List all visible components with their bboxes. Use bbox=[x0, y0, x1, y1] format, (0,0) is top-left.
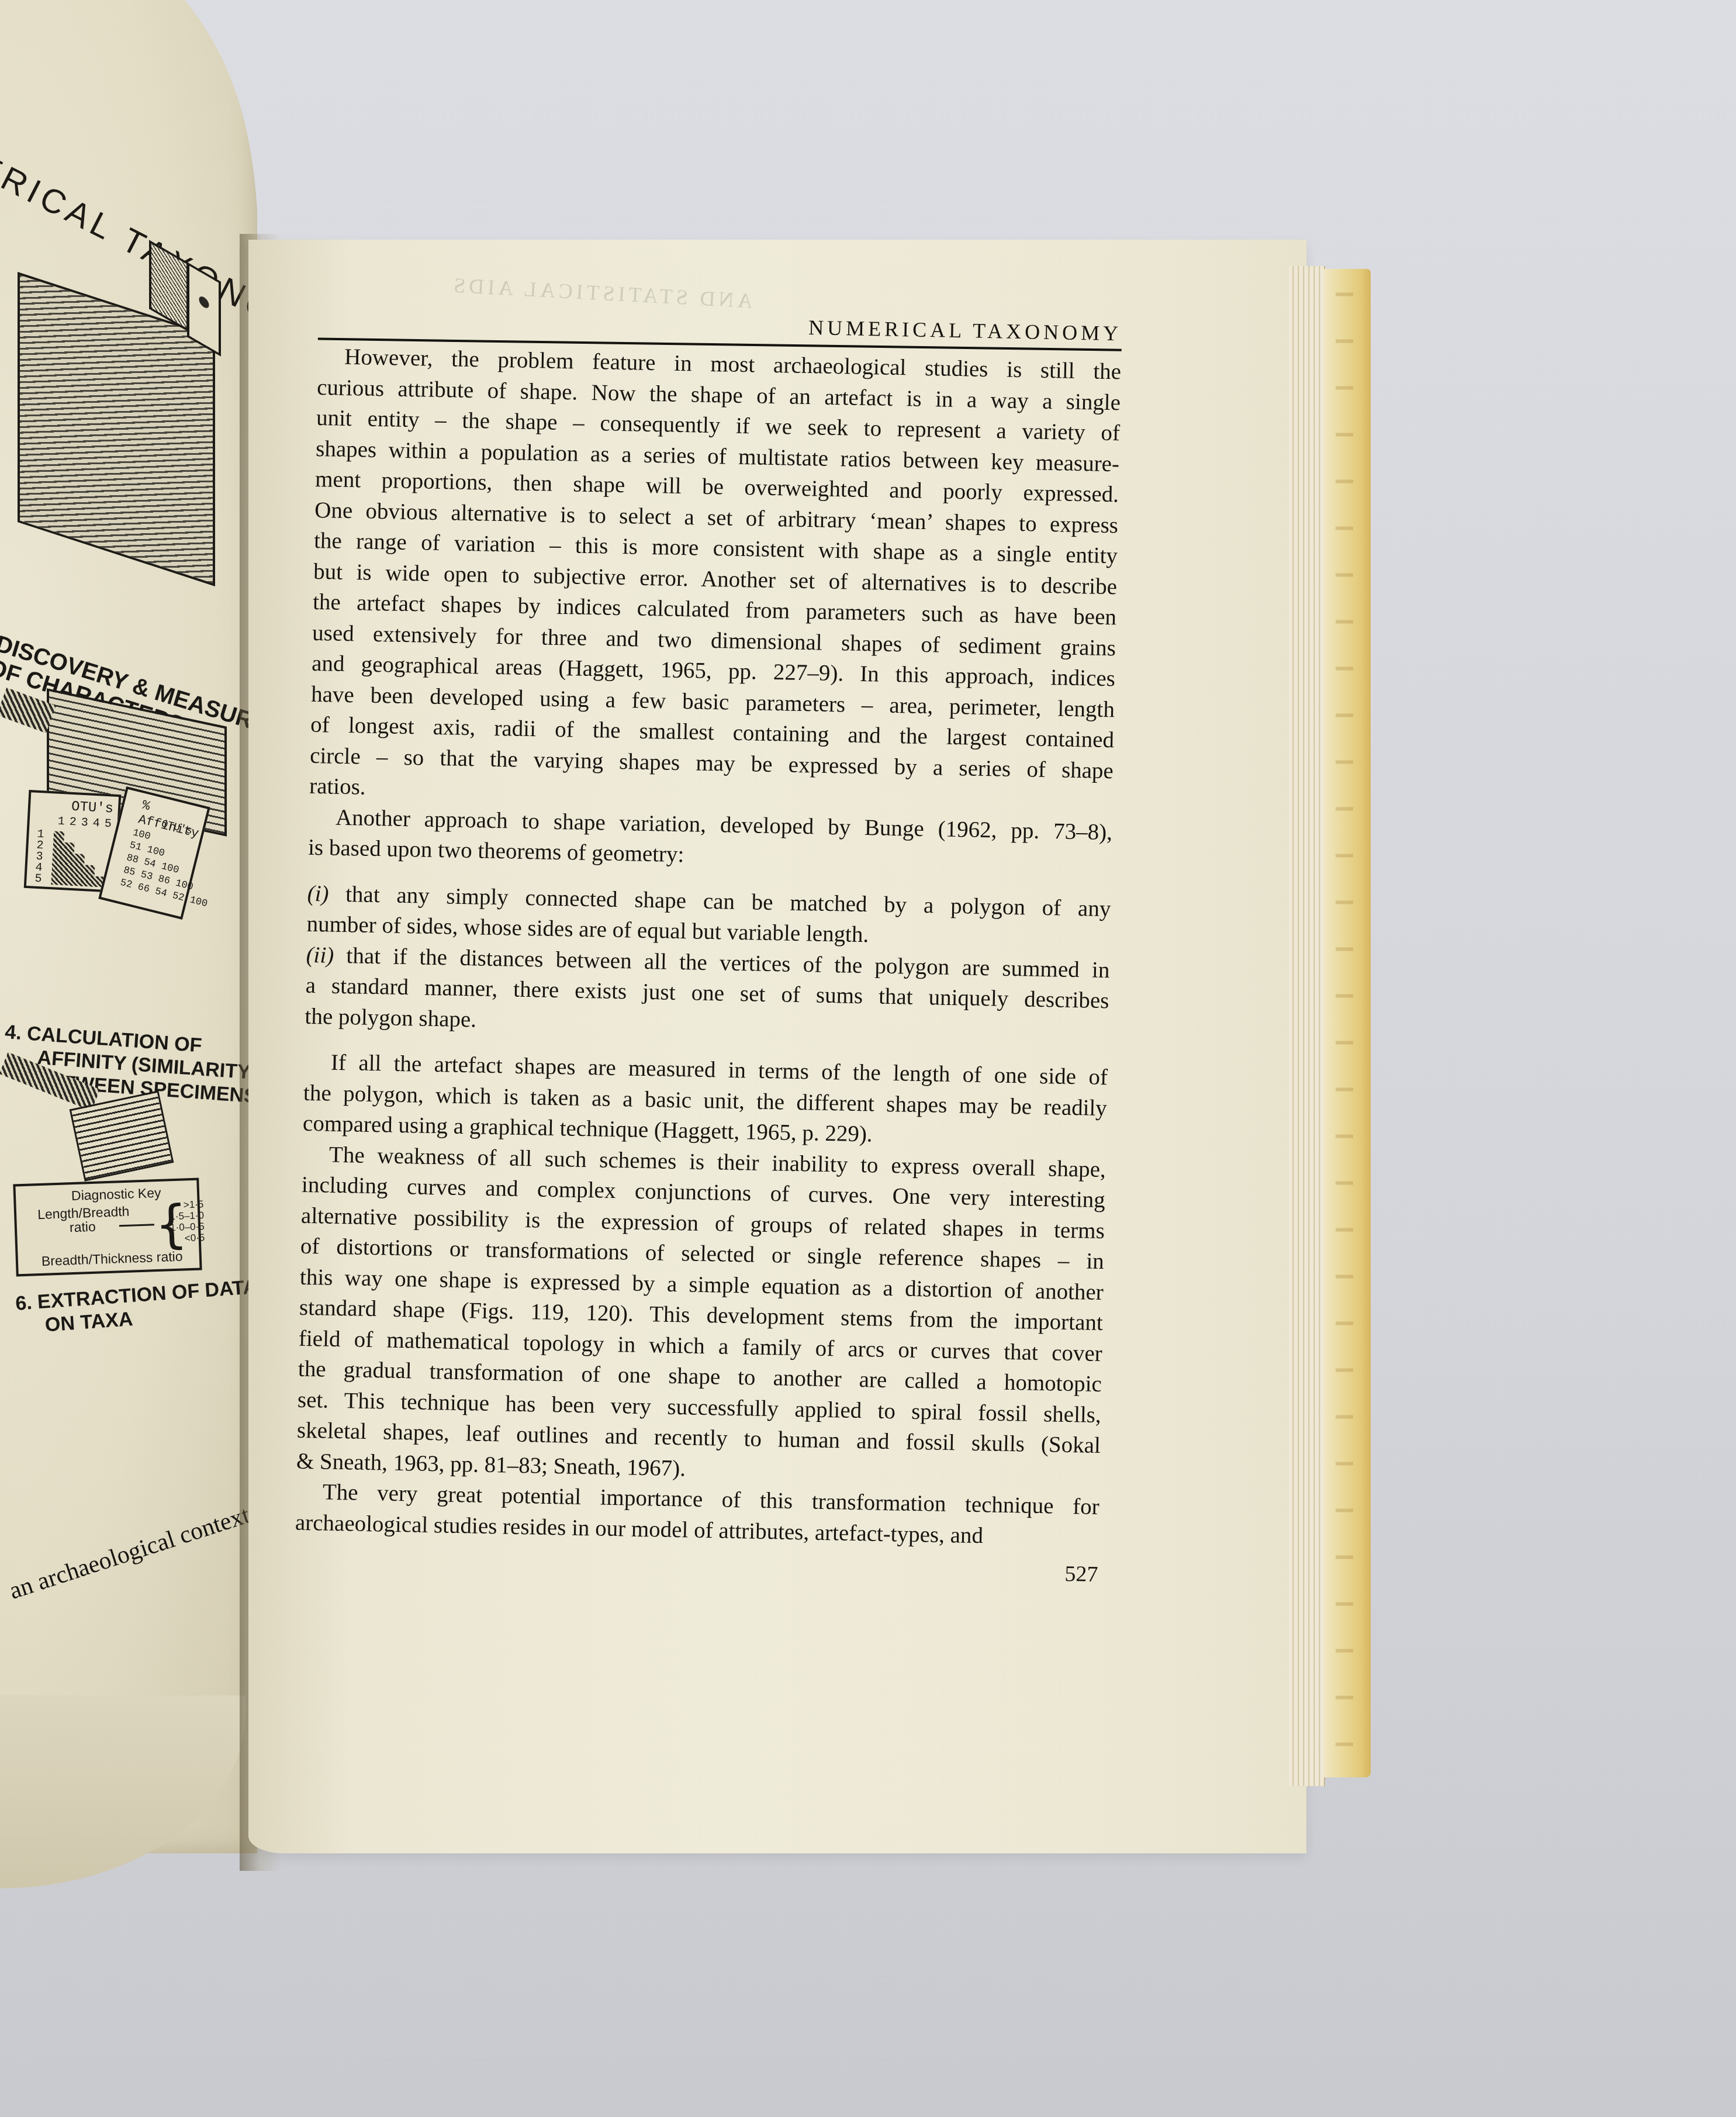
page-edges bbox=[1289, 266, 1325, 1786]
ratio-ranges: >1·5 1·5–1·0 1·0–0·5 <0·5 bbox=[169, 1199, 205, 1244]
left-page-bottom-edge bbox=[0, 1695, 245, 1888]
list-marker: (ii) bbox=[306, 942, 334, 968]
otu-row-headers: 12345 bbox=[34, 829, 46, 885]
shaded-triangle-matrix bbox=[51, 831, 108, 887]
right-page-text: NUMERICAL TAXONOMY However, the problem … bbox=[294, 304, 1122, 1590]
book-cover-edge bbox=[1324, 269, 1371, 1777]
bracket-connector bbox=[119, 1224, 154, 1227]
body-paragraphs: However, the problem feature in most arc… bbox=[295, 341, 1121, 1553]
otu-column-headers: 12345 bbox=[57, 815, 116, 831]
paragraph: If all the artefact shapes are measured … bbox=[303, 1047, 1108, 1155]
paragraph: The weakness of all such schemes is thei… bbox=[296, 1139, 1106, 1492]
list-marker: (i) bbox=[307, 880, 329, 906]
paragraph: However, the problem feature in most arc… bbox=[309, 341, 1122, 817]
theorem-list-item: (ii) that if the distances between all t… bbox=[305, 940, 1110, 1047]
open-book: ERICAL TAXONOMY DISCOVERY & MEASUREMENT … bbox=[0, 0, 1736, 2117]
diagnostic-key: Diagnostic Key Length/Breadth ratio { >1… bbox=[13, 1177, 202, 1276]
